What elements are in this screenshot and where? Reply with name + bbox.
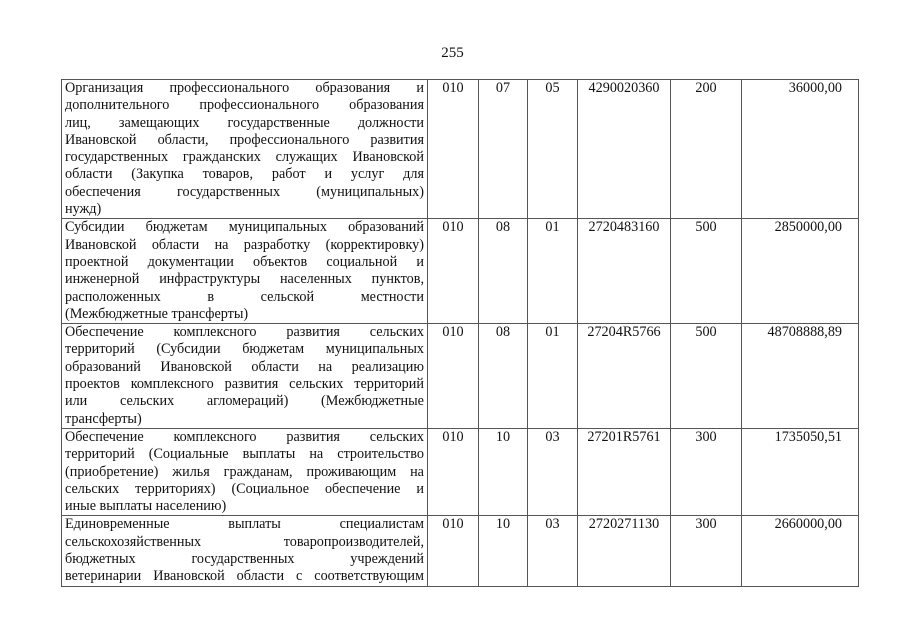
description-cell: Единовременныевыплатыспециалистамсельско… xyxy=(62,516,428,586)
table-row: Субсидиибюджетаммуниципальныхобразований… xyxy=(62,219,859,324)
description-cell: Субсидиибюджетаммуниципальныхобразований… xyxy=(62,219,428,324)
subsection-code-cell: 01 xyxy=(528,324,578,429)
description-line: инженернойинфраструктурынаселенныхпункто… xyxy=(65,271,424,288)
description-line: дополнительногопрофессиональногообразова… xyxy=(65,97,424,114)
section-code-cell: 10 xyxy=(479,428,528,515)
description-line: Ивановскойобластинаразработку(корректиро… xyxy=(65,237,424,254)
description-line: ветеринарииИвановскойобластиссоответству… xyxy=(65,568,424,585)
amount-cell: 1735050,51 xyxy=(742,428,859,515)
expense-type-cell: 500 xyxy=(671,219,742,324)
description-line: проектнойдокументацииобъектовсоциальнойи xyxy=(65,254,424,271)
description-line: (Межбюджетные трансферты) xyxy=(65,306,424,323)
description-line: Организацияпрофессиональногообразованияи xyxy=(65,80,424,97)
description-line: государственныхгражданскихслужащихИванов… xyxy=(65,149,424,166)
description-line: Единовременныевыплатыспециалистам xyxy=(65,516,424,533)
amount-cell: 2660000,00 xyxy=(742,516,859,586)
ministry-code-cell: 010 xyxy=(428,324,479,429)
description-cell: Обеспечениекомплексногоразвитиясельскихт… xyxy=(62,324,428,429)
expense-type-cell: 500 xyxy=(671,324,742,429)
description-line: сельскихтерриториях)(Социальноеобеспечен… xyxy=(65,481,424,498)
section-code-cell: 08 xyxy=(479,324,528,429)
subsection-code-cell: 03 xyxy=(528,516,578,586)
amount-cell: 48708888,89 xyxy=(742,324,859,429)
description-line: территорий(Субсидиибюджетаммуниципальных xyxy=(65,341,424,358)
table-row: Обеспечениекомплексногоразвитиясельскихт… xyxy=(62,428,859,515)
ministry-code-cell: 010 xyxy=(428,516,479,586)
description-line: нужд) xyxy=(65,201,424,218)
ministry-code-cell: 010 xyxy=(428,219,479,324)
description-line: трансферты) xyxy=(65,411,424,428)
amount-cell: 2850000,00 xyxy=(742,219,859,324)
budget-table: Организацияпрофессиональногообразованияи… xyxy=(61,79,859,587)
description-line: (приобретение)жильягражданам,проживающим… xyxy=(65,464,424,481)
subsection-code-cell: 03 xyxy=(528,428,578,515)
section-code-cell: 10 xyxy=(479,516,528,586)
target-article-cell: 27204R5766 xyxy=(578,324,671,429)
description-line: бюджетныхгосударственныхучреждений xyxy=(65,551,424,568)
ministry-code-cell: 010 xyxy=(428,80,479,219)
description-line: территорий(Социальныевыплатынастроительс… xyxy=(65,446,424,463)
description-cell: Обеспечениекомплексногоразвитиясельскихт… xyxy=(62,428,428,515)
target-article-cell: 2720271130 xyxy=(578,516,671,586)
description-line: иные выплаты населению) xyxy=(65,498,424,515)
target-article-cell: 27201R5761 xyxy=(578,428,671,515)
description-line: проектовкомплексногоразвитиясельскихтерр… xyxy=(65,376,424,393)
ministry-code-cell: 010 xyxy=(428,428,479,515)
description-line: обеспечениягосударственных(муниципальных… xyxy=(65,184,424,201)
subsection-code-cell: 01 xyxy=(528,219,578,324)
description-line: области(Закупкатоваров,работиуслугдля xyxy=(65,166,424,183)
description-line: Обеспечениекомплексногоразвитиясельских xyxy=(65,429,424,446)
description-cell: Организацияпрофессиональногообразованияи… xyxy=(62,80,428,219)
section-code-cell: 07 xyxy=(479,80,528,219)
description-line: Субсидиибюджетаммуниципальныхобразований xyxy=(65,219,424,236)
expense-type-cell: 200 xyxy=(671,80,742,219)
subsection-code-cell: 05 xyxy=(528,80,578,219)
expense-type-cell: 300 xyxy=(671,428,742,515)
target-article-cell: 2720483160 xyxy=(578,219,671,324)
description-line: лиц,замещающихгосударственныедолжности xyxy=(65,115,424,132)
description-line: образованийИвановскойобластинареализацию xyxy=(65,359,424,376)
target-article-cell: 4290020360 xyxy=(578,80,671,219)
description-line: сельскохозяйственныхтоваропроизводителей… xyxy=(65,534,424,551)
table-row: Единовременныевыплатыспециалистамсельско… xyxy=(62,516,859,586)
description-line: Обеспечениекомплексногоразвитиясельских xyxy=(65,324,424,341)
section-code-cell: 08 xyxy=(479,219,528,324)
expense-type-cell: 300 xyxy=(671,516,742,586)
description-line: Ивановскойобласти,профессиональногоразви… xyxy=(65,132,424,149)
table-row: Обеспечениекомплексногоразвитиясельскихт… xyxy=(62,324,859,429)
description-line: расположенныхвсельскойместности xyxy=(65,289,424,306)
page-number: 255 xyxy=(0,44,905,62)
amount-cell: 36000,00 xyxy=(742,80,859,219)
description-line: илисельскихагломераций)(Межбюджетные xyxy=(65,393,424,410)
table-row: Организацияпрофессиональногообразованияи… xyxy=(62,80,859,219)
